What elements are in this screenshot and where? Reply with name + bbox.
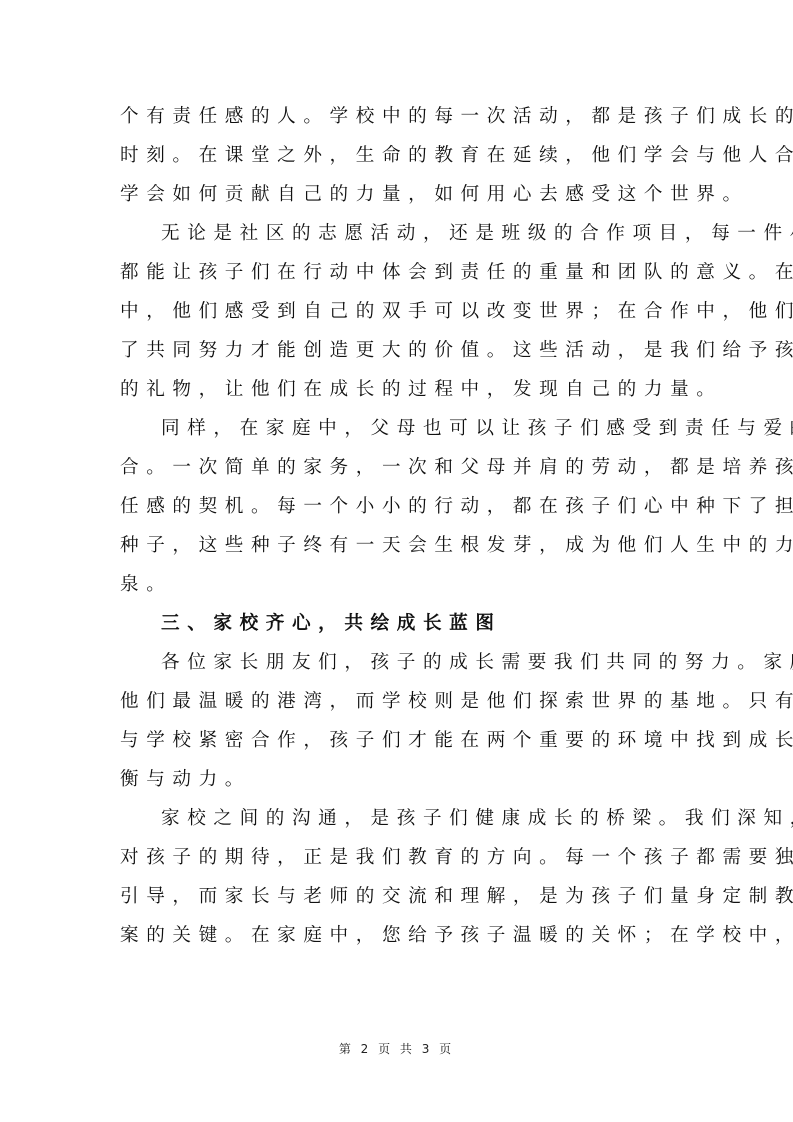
page-body: 个有责任感的人。学校中的每一次活动，都是孩子们成长的重要 时刻。在课堂之外，生命… (120, 97, 673, 955)
text-line: 任感的契机。每一个小小的行动，都在孩子们心中种下了担当的 (120, 487, 673, 526)
text-line: 种子，这些种子终有一天会生根发芽，成为他们人生中的力量源 (120, 526, 673, 565)
text-line: 与学校紧密合作，孩子们才能在两个重要的环境中找到成长的平 (120, 721, 673, 760)
text-line: 他们最温暖的港湾，而学校则是他们探索世界的基地。只有家庭 (120, 682, 673, 721)
section-heading: 三、家校齐心，共绘成长蓝图 (120, 604, 673, 643)
text-line: 泉。 (120, 565, 673, 604)
document-page: 个有责任感的人。学校中的每一次活动，都是孩子们成长的重要 时刻。在课堂之外，生命… (0, 0, 793, 1122)
paragraph-start-line: 家校之间的沟通，是孩子们健康成长的桥梁。我们深知，您 (120, 799, 673, 838)
text-line: 时刻。在课堂之外，生命的教育在延续，他们学会与他人合作， (120, 136, 673, 175)
text-line: 合。一次简单的家务，一次和父母并肩的劳动，都是培养孩子责 (120, 448, 673, 487)
paragraph-start-line: 各位家长朋友们，孩子的成长需要我们共同的努力。家庭是 (120, 643, 673, 682)
text-line: 中，他们感受到自己的双手可以改变世界；在合作中，他们明白 (120, 292, 673, 331)
page-number-footer: 第 2 页 共 3 页 (0, 1040, 793, 1057)
text-line: 衡与动力。 (120, 760, 673, 799)
text-line: 个有责任感的人。学校中的每一次活动，都是孩子们成长的重要 (120, 97, 673, 136)
paragraph-start-line: 同样，在家庭中，父母也可以让孩子们感受到责任与爱的结 (120, 409, 673, 448)
paragraph-start-line: 无论是社区的志愿活动，还是班级的合作项目，每一件小事， (120, 214, 673, 253)
text-line: 的礼物，让他们在成长的过程中，发现自己的力量。 (120, 370, 673, 409)
text-line: 学会如何贡献自己的力量，如何用心去感受这个世界。 (120, 175, 673, 214)
text-line: 都能让孩子们在行动中体会到责任的重量和团队的意义。在劳动 (120, 253, 673, 292)
text-line: 了共同努力才能创造更大的价值。这些活动，是我们给予孩子们 (120, 331, 673, 370)
text-line: 对孩子的期待，正是我们教育的方向。每一个孩子都需要独特的 (120, 838, 673, 877)
text-line: 案的关键。在家庭中，您给予孩子温暖的关怀；在学校中，我们 (120, 916, 673, 955)
text-line: 引导，而家长与老师的交流和理解，是为孩子们量身定制教育方 (120, 877, 673, 916)
